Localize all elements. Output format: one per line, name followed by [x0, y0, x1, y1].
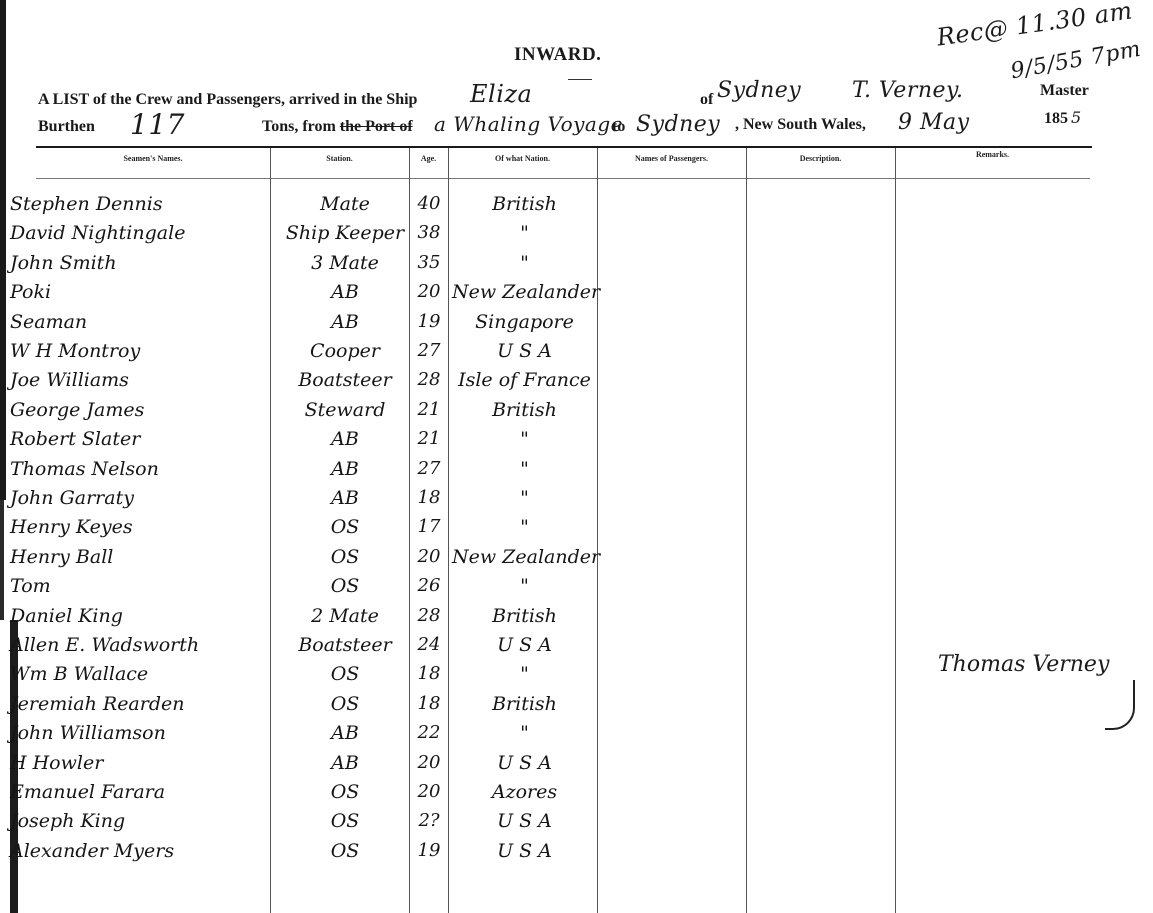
- table-row: Joe WilliamsBoatsteer28Isle of France: [0, 369, 620, 397]
- col-header-description: Description.: [746, 154, 895, 163]
- voyage-from: a Whaling Voyage: [434, 112, 623, 136]
- crew-age: 40: [411, 193, 447, 214]
- crew-station: AB: [280, 487, 410, 509]
- title-underline: [568, 79, 592, 80]
- master-label: Master: [1040, 82, 1089, 100]
- year-label: 185: [1044, 110, 1068, 128]
- table-row: Stephen DennisMate40British: [0, 193, 620, 221]
- table-row: Allen E. WadsworthBoatsteer24U S A: [0, 634, 620, 662]
- received-stamp-date: 9/5/55 7pm: [1009, 37, 1143, 84]
- crew-nation: U S A: [452, 634, 597, 656]
- table-row: TomOS26": [0, 575, 620, 603]
- crew-station: OS: [280, 663, 410, 685]
- crew-station: AB: [280, 311, 410, 333]
- table-row: John WilliamsonAB22": [0, 722, 620, 750]
- col-header-age: Age.: [409, 154, 448, 163]
- crew-age: 18: [411, 487, 447, 508]
- table-row: John GarratyAB18": [0, 487, 620, 515]
- table-row: Jeremiah ReardenOS18British: [0, 693, 620, 721]
- crew-age: 21: [411, 399, 447, 420]
- ship-name: Eliza: [470, 80, 532, 108]
- crew-nation: ": [452, 252, 597, 274]
- signature-flourish: [1105, 680, 1135, 730]
- crew-age: 38: [411, 222, 447, 243]
- crew-station: OS: [280, 575, 410, 597]
- crew-age: 20: [411, 546, 447, 567]
- form-title: INWARD.: [514, 44, 601, 66]
- form-line1-label: A LIST of the Crew and Passengers, arriv…: [38, 91, 417, 109]
- crew-name: Poki: [10, 281, 51, 303]
- crew-name: Wm B Wallace: [10, 663, 148, 685]
- crew-nation: ": [452, 458, 597, 480]
- nsw-label: , New South Wales,: [735, 116, 866, 134]
- crew-station: OS: [280, 810, 410, 832]
- crew-name: Alexander Myers: [10, 840, 174, 862]
- table-row: Thomas NelsonAB27": [0, 458, 620, 486]
- crew-station: AB: [280, 281, 410, 303]
- crew-station: 3 Mate: [280, 252, 410, 274]
- crew-age: 18: [411, 663, 447, 684]
- crew-nation: New Zealander: [452, 546, 597, 568]
- crew-station: OS: [280, 546, 410, 568]
- arrival-date: 9 May: [898, 110, 970, 135]
- burthen-tons: 117: [130, 108, 185, 141]
- crew-name: Henry Keyes: [10, 516, 133, 538]
- crew-nation: Singapore: [452, 311, 597, 333]
- table-row: SeamanAB19Singapore: [0, 311, 620, 339]
- burthen-label: Burthen: [38, 118, 95, 136]
- table-row: Wm B WallaceOS18": [0, 663, 620, 691]
- crew-station: OS: [280, 693, 410, 715]
- crew-nation: ": [452, 663, 597, 685]
- crew-name: Henry Ball: [10, 546, 113, 568]
- crew-nation: New Zealander: [452, 281, 597, 303]
- tons-from-text: Tons, from: [262, 118, 336, 135]
- crew-name: David Nightingale: [10, 222, 185, 244]
- crew-station: 2 Mate: [280, 605, 410, 627]
- crew-age: 26: [411, 575, 447, 596]
- crew-age: 20: [411, 781, 447, 802]
- crew-age: 19: [411, 840, 447, 861]
- crew-age: 22: [411, 722, 447, 743]
- crew-name: Emanuel Farara: [10, 781, 165, 803]
- table-row: Joseph KingOS2?U S A: [0, 810, 620, 838]
- crew-nation: Azores: [452, 781, 597, 803]
- crew-nation: U S A: [452, 810, 597, 832]
- crew-name: Robert Slater: [10, 428, 140, 450]
- table-row: Robert SlaterAB21": [0, 428, 620, 456]
- crew-age: 19: [411, 311, 447, 332]
- crew-age: 27: [411, 340, 447, 361]
- crew-age: 18: [411, 693, 447, 714]
- crew-station: AB: [280, 458, 410, 480]
- table-row: David NightingaleShip Keeper38": [0, 222, 620, 250]
- tons-from-label: Tons, from the Port of: [262, 118, 413, 136]
- col-header-seamen-names: Seamen's Names.: [36, 154, 270, 163]
- table-row: W H MontroyCooper27U S A: [0, 340, 620, 368]
- crew-nation: ": [452, 428, 597, 450]
- table-row: PokiAB20New Zealander: [0, 281, 620, 309]
- crew-station: OS: [280, 840, 410, 862]
- col-header-remarks: Remarks.: [895, 150, 1090, 159]
- table-row: George JamesSteward21British: [0, 399, 620, 427]
- col-header-passengers: Names of Passengers.: [597, 154, 746, 163]
- destination: Sydney: [636, 112, 720, 137]
- crew-age: 28: [411, 369, 447, 390]
- table-row: John Smith3 Mate35": [0, 252, 620, 280]
- crew-name: Joe Williams: [10, 369, 129, 391]
- crew-nation: ": [452, 575, 597, 597]
- crew-station: Steward: [280, 399, 410, 421]
- crew-nation: ": [452, 487, 597, 509]
- column-header-rule: [36, 178, 1090, 179]
- master-name: T. Verney.: [852, 78, 964, 103]
- crew-age: 2?: [411, 810, 447, 831]
- column-divider: [895, 148, 896, 913]
- crew-nation: ": [452, 516, 597, 538]
- crew-name: Tom: [10, 575, 51, 597]
- crew-nation: British: [452, 399, 597, 421]
- crew-nation: U S A: [452, 752, 597, 774]
- crew-age: 27: [411, 458, 447, 479]
- crew-name: Joseph King: [10, 810, 125, 832]
- crew-age: 28: [411, 605, 447, 626]
- port-of-struck: the Port of: [340, 118, 413, 135]
- crew-nation: U S A: [452, 340, 597, 362]
- crew-age: 24: [411, 634, 447, 655]
- crew-name: Daniel King: [10, 605, 123, 627]
- to-label: to: [612, 118, 625, 136]
- crew-station: AB: [280, 428, 410, 450]
- crew-name: W H Montroy: [10, 340, 140, 362]
- crew-name: Seaman: [10, 311, 87, 333]
- crew-nation: U S A: [452, 840, 597, 862]
- header-rule: [36, 146, 1092, 148]
- table-row: H HowlerAB20U S A: [0, 752, 620, 780]
- crew-name: John Williamson: [10, 722, 166, 744]
- crew-name: George James: [10, 399, 144, 421]
- column-divider: [746, 148, 747, 913]
- crew-station: Cooper: [280, 340, 410, 362]
- crew-age: 35: [411, 252, 447, 273]
- crew-name: John Garraty: [10, 487, 134, 509]
- crew-age: 20: [411, 281, 447, 302]
- crew-name: Allen E. Wadsworth: [10, 634, 199, 656]
- year-digit: 5: [1071, 108, 1082, 127]
- crew-nation: Isle of France: [452, 369, 597, 391]
- table-row: Henry BallOS20New Zealander: [0, 546, 620, 574]
- crew-station: OS: [280, 516, 410, 538]
- crew-age: 17: [411, 516, 447, 537]
- table-row: Henry KeyesOS17": [0, 516, 620, 544]
- table-row: Emanuel FararaOS20Azores: [0, 781, 620, 809]
- crew-age: 20: [411, 752, 447, 773]
- master-signature: Thomas Verney: [938, 652, 1109, 677]
- crew-station: Boatsteer: [280, 369, 410, 391]
- crew-nation: ": [452, 722, 597, 744]
- table-row: Alexander MyersOS19U S A: [0, 840, 620, 868]
- crew-station: AB: [280, 722, 410, 744]
- col-header-nation: Of what Nation.: [448, 154, 597, 163]
- crew-nation: ": [452, 222, 597, 244]
- crew-station: AB: [280, 752, 410, 774]
- crew-name: Stephen Dennis: [10, 193, 163, 215]
- crew-nation: British: [452, 693, 597, 715]
- crew-name: Thomas Nelson: [10, 458, 159, 480]
- col-header-station: Station.: [270, 154, 409, 163]
- crew-station: Mate: [280, 193, 410, 215]
- home-port: Sydney: [717, 78, 801, 103]
- crew-station: Ship Keeper: [280, 222, 410, 244]
- form-of-label: of: [700, 91, 713, 109]
- table-row: Daniel King2 Mate28British: [0, 605, 620, 633]
- crew-station: Boatsteer: [280, 634, 410, 656]
- crew-name: John Smith: [10, 252, 117, 274]
- crew-age: 21: [411, 428, 447, 449]
- crew-nation: British: [452, 193, 597, 215]
- crew-name: Jeremiah Rearden: [10, 693, 185, 715]
- crew-station: OS: [280, 781, 410, 803]
- crew-nation: British: [452, 605, 597, 627]
- crew-name: H Howler: [10, 752, 103, 774]
